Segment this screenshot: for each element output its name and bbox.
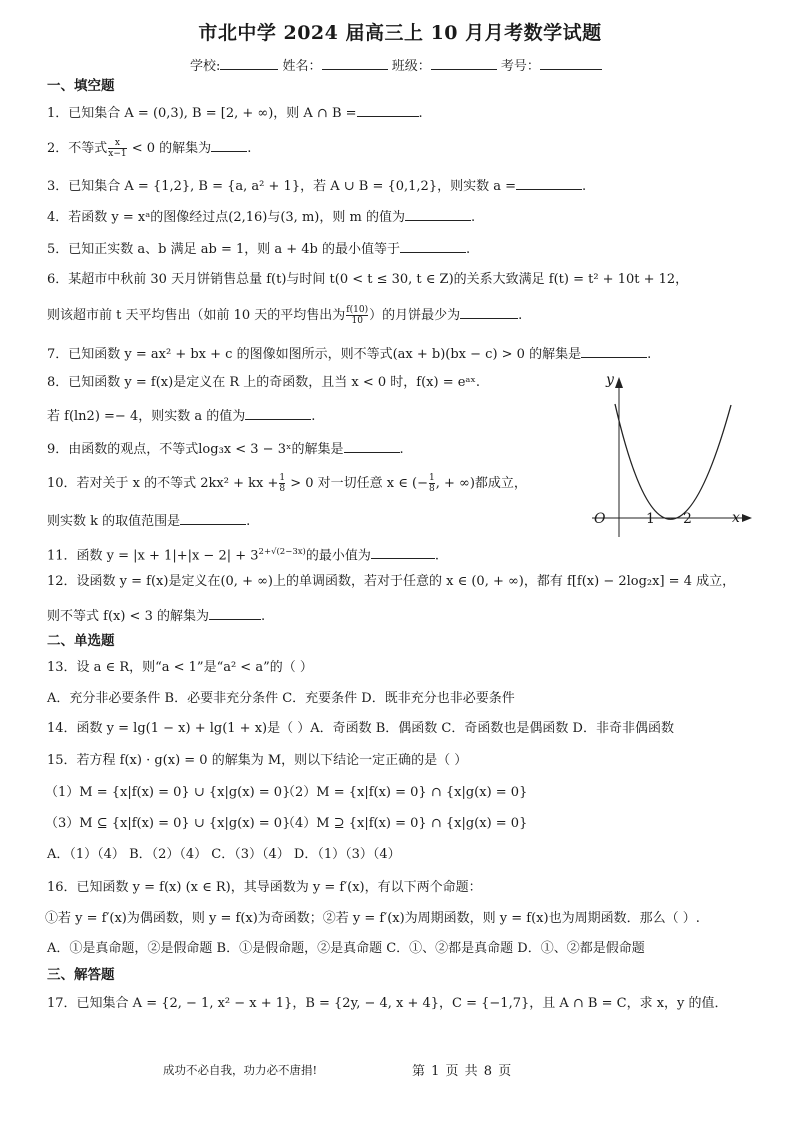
question-16-line-2: ①若 y = f′(x)为偶函数，则 y = f(x)为奇函数；②若 y = f… (45, 910, 700, 928)
tick-1-label: 1 (646, 511, 655, 527)
question-15-stmt-4: （4）M ⊇ {x|f(x) = 0} ∩ {x|g(x) = 0} (282, 815, 527, 833)
section-single-choice: 二、单选题 (47, 632, 115, 650)
exam-no-label: 考号： (501, 59, 540, 74)
answer-blank (180, 511, 246, 525)
footer-motto: 成功不必自我，功力必不唐捐! (163, 1062, 317, 1078)
y-axis-label: y (606, 372, 614, 388)
answer-blank (400, 239, 466, 253)
question-12-line-2: 则不等式 f(x) < 3 的解集为. (47, 606, 265, 626)
question-5: 5．已知正实数 a、b 满足 ab = 1，则 a + 4b 的最小值等于. (47, 239, 470, 259)
school-label: 学校: (190, 59, 220, 74)
question-15-stmt-2: （2）M = {x|f(x) = 0} ∩ {x|g(x) = 0} (282, 784, 527, 802)
student-info-line: 学校: 姓名： 班级： 考号： (190, 55, 602, 74)
page-number: 第 1 页 共 8 页 (412, 1060, 512, 1079)
question-6-line-1: 6．某超市中秋前 30 天月饼销售总量 f(t)与时间 t(0 < t ≤ 30… (47, 271, 688, 289)
question-15: 15．若方程 f(x) · g(x) = 0 的解集为 M，则以下结论一定正确的… (47, 752, 467, 770)
answer-blank (405, 207, 471, 221)
question-6-line-2: 则该超市前 t 天平均售出（如前 10 天的平均售出为f(10)10）的月饼最少… (47, 305, 522, 326)
section-free-response: 三、解答题 (47, 966, 115, 984)
question-10-line-2: 则实数 k 的取值范围是. (47, 511, 250, 531)
answer-blank (211, 138, 247, 152)
question-12-line-1: 12．设函数 y = f(x)是定义在(0, + ∞)上的单调函数，若对于任意的… (47, 573, 735, 591)
question-9: 9．由函数的观点，不等式log₃x < 3 − 3ˣ的解集是. (47, 439, 404, 459)
question-8-line-2: 若 f(ln2) =− 4，则实数 a 的值为. (47, 406, 315, 426)
answer-blank (209, 606, 261, 620)
answer-blank (245, 406, 311, 420)
answer-blank (357, 103, 419, 117)
question-16-options: A．①是真命题，②是假命题 B．①是假命题，②是真命题 C．①、②都是真命题 D… (47, 940, 645, 958)
question-3: 3．已知集合 A = {1,2}, B = {a, a² + 1}，若 A ∪ … (47, 176, 586, 196)
exam-no-blank (540, 56, 602, 70)
section-fill-blank: 一、填空题 (47, 77, 115, 95)
name-label: 姓名： (283, 59, 322, 74)
origin-label: O (594, 511, 605, 527)
tick-2-label: 2 (683, 511, 692, 527)
question-13: 13．设 a ∈ R，则“a < 1”是“a² < a”的（ ） (47, 659, 313, 677)
question-11: 11．函数 y = |x + 1|+|x − 2| + 32+√(2−3x)的最… (47, 543, 439, 565)
parabola-figure: y x O 1 2 (590, 372, 760, 537)
answer-blank (460, 305, 518, 319)
question-15-options: A．（1）（4） B．（2）（4） C．（3）（4） D．（1）（3）（4） (47, 846, 401, 864)
question-15-stmt-1: （1）M = {x|f(x) = 0} ∪ {x|g(x) = 0} (45, 784, 290, 802)
question-15-stmt-3: （3）M ⊆ {x|f(x) = 0} ∪ {x|g(x) = 0} (45, 815, 290, 833)
question-1: 1．已知集合 A = (0,3), B = [2, + ∞)，则 A ∩ B =… (47, 103, 423, 123)
question-7: 7．已知函数 y = ax² + bx + c 的图像如图所示，则不等式(ax … (47, 344, 651, 364)
question-2: 2．不等式xx−1 < 0 的解集为. (47, 138, 251, 159)
school-blank (220, 56, 278, 70)
x-axis-label: x (732, 510, 740, 526)
question-13-options: A．充分非必要条件 B．必要非充分条件 C．充要条件 D．既非充分也非必要条件 (47, 690, 515, 708)
question-14: 14．函数 y = lg(1 − x) + lg(1 + x)是（ ）A．奇函数… (47, 720, 674, 738)
page-title: 市北中学 2024 届高三上 10 月月考数学试题 (0, 18, 800, 45)
question-4: 4．若函数 y = xᵃ的图像经过点(2,16)与(3, m)，则 m 的值为. (47, 207, 475, 227)
answer-blank (371, 545, 435, 559)
answer-blank (516, 176, 582, 190)
class-label: 班级： (392, 59, 431, 74)
question-16-line-1: 16．已知函数 y = f(x) (x ∈ R)，其导函数为 y = f′(x)… (47, 879, 482, 897)
answer-blank (344, 439, 400, 453)
name-blank (322, 56, 388, 70)
answer-blank (581, 344, 647, 358)
question-10-line-1: 10．若对关于 x 的不等式 2kx² + kx +18 > 0 对一切任意 x… (47, 473, 527, 494)
question-8-line-1: 8．已知函数 y = f(x)是定义在 R 上的奇函数，且当 x < 0 时，f… (47, 374, 480, 392)
class-blank (431, 56, 497, 70)
question-17: 17．已知集合 A = {2, − 1, x² − x + 1}，B = {2y… (47, 995, 728, 1013)
